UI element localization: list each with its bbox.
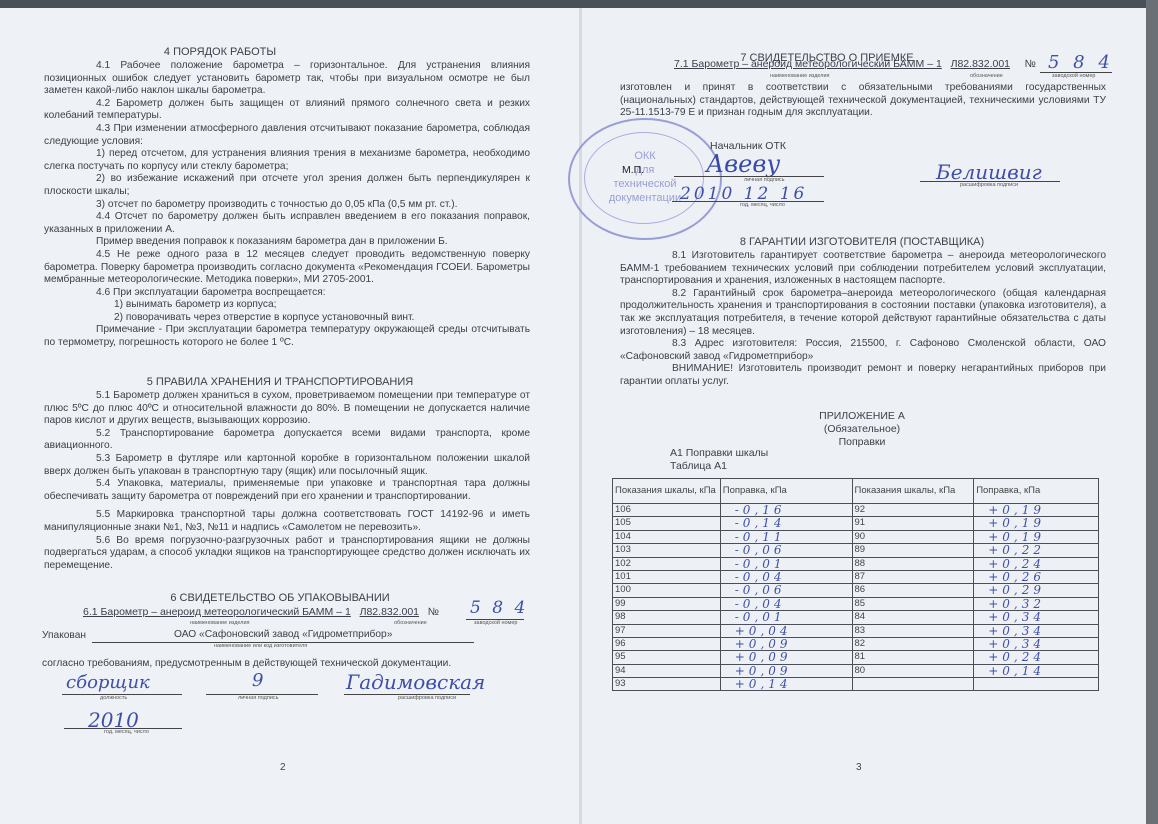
mp-label: М.П.	[622, 164, 644, 177]
cell-reading: 94	[613, 664, 721, 677]
cell-reading: 101	[613, 570, 721, 583]
table-row: 100-0,0686+0,29	[613, 584, 1099, 597]
header-correction-2: Поправка, кПа	[974, 479, 1099, 504]
cell-correction: +0,34	[974, 637, 1099, 650]
cell-reading: 83	[852, 624, 974, 637]
table-row: 101-0,0487+0,26	[613, 570, 1099, 583]
caption-name-signature: расшифровка подписи	[398, 695, 456, 701]
caption-designation-7: обозначение	[970, 73, 1003, 79]
acceptance-body: изготовлен и принят в соответствии с обя…	[620, 82, 1106, 120]
cell-correction: -0,04	[720, 570, 852, 583]
table-row: 96+0,0982+0,34	[613, 637, 1099, 650]
cell-reading: 104	[613, 530, 721, 543]
cell-reading: 85	[852, 597, 974, 610]
table-header-row: Показания шкалы, кПа Поправка, кПа Показ…	[613, 479, 1099, 504]
table-row: 99-0,0485+0,32	[613, 597, 1099, 610]
cell-reading: 84	[852, 611, 974, 624]
cell-correction: +0,19	[974, 517, 1099, 530]
cell-reading: 98	[613, 611, 721, 624]
cell-correction: +0,04	[720, 624, 852, 637]
caption-signature: личная подпись	[238, 695, 279, 701]
cell-reading: 100	[613, 584, 721, 597]
cell-correction: +0,14	[974, 664, 1099, 677]
table-row: 94+0,0980+0,14	[613, 664, 1099, 677]
table-row: 102-0,0188+0,24	[613, 557, 1099, 570]
cell-correction: +0,09	[720, 651, 852, 664]
packing-item-line: 6.1 Барометр – анероид метеорологический…	[83, 606, 439, 619]
table-row: 98-0,0184+0,34	[613, 611, 1099, 624]
section-4-body: 4.1 Рабочее положение барометра – горизо…	[44, 60, 530, 350]
cell-correction: -0,11	[720, 530, 852, 543]
caption-position: должность	[100, 695, 127, 701]
cell-correction: +0,34	[974, 624, 1099, 637]
cell-correction: +0,09	[720, 664, 852, 677]
otk-stamp: ОКК для технической документации	[568, 118, 722, 240]
cell-correction: +0,24	[974, 557, 1099, 570]
chief-signature-handwritten: Авеву	[706, 150, 780, 178]
table-row: 95+0,0981+0,24	[613, 651, 1099, 664]
table-row: 103-0,0689+0,22	[613, 544, 1099, 557]
cell-correction: +0,09	[720, 637, 852, 650]
cell-reading: 105	[613, 517, 721, 530]
table-row: 97+0,0483+0,34	[613, 624, 1099, 637]
according-text: согласно требованиям, предусмотренным в …	[42, 658, 451, 671]
section-5-body: 5.1 Барометр должен храниться в сухом, п…	[44, 390, 530, 572]
cell-correction: +0,32	[974, 597, 1099, 610]
cell-reading: 80	[852, 664, 974, 677]
section-4-title: 4 ПОРЯДОК РАБОТЫ	[0, 46, 440, 58]
section-8-title: 8 ГАРАНТИИ ИЗГОТОВИТЕЛЯ (ПОСТАВЩИКА)	[582, 236, 1142, 248]
table-row: 105-0,1491+0,19	[613, 517, 1099, 530]
table-caption-2: Таблица А1	[670, 460, 727, 473]
cell-correction: +0,19	[974, 504, 1099, 517]
cell-correction: +0,24	[974, 651, 1099, 664]
cell-correction: +0,34	[974, 611, 1099, 624]
appendix-subtitle: (Обязательное)	[582, 423, 1142, 435]
caption-serial-7: заводской номер	[1052, 73, 1095, 79]
cell-reading: 95	[613, 651, 721, 664]
scan-right-edge	[1146, 0, 1158, 824]
position-handwritten: сборщик	[66, 672, 150, 693]
cell-reading: 103	[613, 544, 721, 557]
cell-reading: 102	[613, 557, 721, 570]
header-reading-2: Показания шкалы, кПа	[852, 479, 974, 504]
caption-serial: заводской номер	[474, 620, 517, 626]
caption-designation: обозначение	[394, 620, 427, 626]
cell-reading: 90	[852, 530, 974, 543]
section-5-title: 5 ПРАВИЛА ХРАНЕНИЯ И ТРАНСПОРТИРОВАНИЯ	[0, 376, 560, 388]
cell-reading: 93	[613, 678, 721, 691]
caption-acceptance-date: год, месяц, число	[740, 202, 785, 208]
cell-reading: 88	[852, 557, 974, 570]
caption-name: наименование изделия	[190, 620, 250, 626]
cell-reading: 87	[852, 570, 974, 583]
cell-reading: 81	[852, 651, 974, 664]
cell-reading	[852, 678, 974, 691]
caption-otk-name: расшифровка подписи	[960, 182, 1018, 188]
packer-name: ОАО «Сафоновский завод «Гидрометприбор»	[174, 629, 392, 642]
page-number-left: 2	[280, 762, 286, 773]
cell-correction: -0,06	[720, 544, 852, 557]
page-number-right: 3	[856, 762, 862, 773]
packed-label: Упакован	[42, 630, 86, 643]
table-row: 104-0,1190+0,19	[613, 530, 1099, 543]
page-left: 4 ПОРЯДОК РАБОТЫ 4.1 Рабочее положение б…	[0, 8, 580, 824]
acceptance-serial-handwritten: 5 8 4	[1048, 52, 1114, 73]
cell-reading: 86	[852, 584, 974, 597]
cell-correction: -0,01	[720, 611, 852, 624]
header-correction-1: Поправка, кПа	[720, 479, 852, 504]
cell-correction: -0,14	[720, 517, 852, 530]
cell-reading: 106	[613, 504, 721, 517]
table-caption-1: А1 Поправки шкалы	[670, 447, 768, 460]
acceptance-item-line: 7.1 Барометр – анероид метеорологический…	[674, 58, 1036, 71]
section-8-body: 8.1 Изготовитель гарантирует соответстви…	[620, 250, 1106, 389]
cell-reading: 97	[613, 624, 721, 637]
signature-handwritten: 9	[252, 670, 263, 691]
caption-date: год, месяц, число	[104, 729, 149, 735]
corrections-table: Показания шкалы, кПа Поправка, кПа Показ…	[612, 478, 1099, 691]
cell-reading: 82	[852, 637, 974, 650]
appendix-name: Поправки	[582, 436, 1142, 448]
cell-correction	[974, 678, 1099, 691]
cell-correction: +0,29	[974, 584, 1099, 597]
caption-name-7: наименование изделия	[770, 73, 830, 79]
cell-correction: -0,01	[720, 557, 852, 570]
cell-correction: +0,19	[974, 530, 1099, 543]
name-handwritten: Гадимовская	[346, 670, 485, 694]
cell-reading: 92	[852, 504, 974, 517]
cell-correction: +0,14	[720, 678, 852, 691]
cell-reading: 99	[613, 597, 721, 610]
caption-chief-signature: личная подпись	[744, 177, 785, 183]
cell-correction: -0,16	[720, 504, 852, 517]
cell-reading: 96	[613, 637, 721, 650]
cell-correction: +0,26	[974, 570, 1099, 583]
packing-serial-handwritten: 5 8 4	[470, 598, 528, 618]
header-reading-1: Показания шкалы, кПа	[613, 479, 721, 504]
cell-correction: -0,04	[720, 597, 852, 610]
cell-correction: -0,06	[720, 584, 852, 597]
table-row: 106-0,1692+0,19	[613, 504, 1099, 517]
cell-reading: 91	[852, 517, 974, 530]
cell-reading: 89	[852, 544, 974, 557]
table-row: 93+0,14	[613, 678, 1099, 691]
appendix-title: ПРИЛОЖЕНИЕ А	[582, 410, 1142, 422]
cell-correction: +0,22	[974, 544, 1099, 557]
caption-packer: наименование или код изготовителя	[214, 643, 307, 649]
